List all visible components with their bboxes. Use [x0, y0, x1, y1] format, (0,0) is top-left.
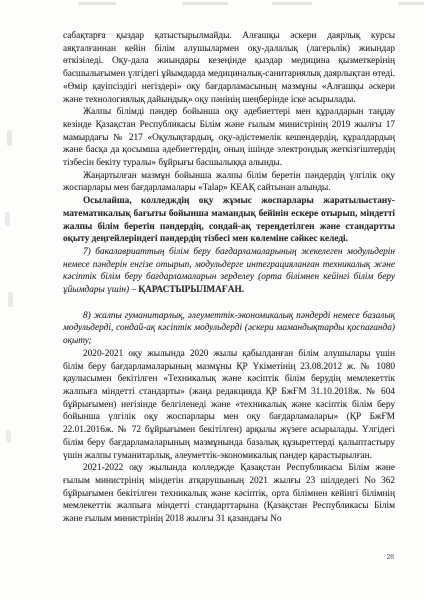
- scan-artifact: [398, 2, 424, 5]
- paragraph-2020-2021: 2020-2021 оқу жылында 2020 жылы қабылдан…: [63, 348, 395, 462]
- paragraph-2021-2022: 2021-2022 оқу жылында колледжде Қазақста…: [63, 462, 395, 526]
- document-page: сабақтарға қыздар қатыстырылмайды. Алғаш…: [0, 0, 424, 600]
- paragraph-conclusion-bold: Осылайша, колледждің оқу жұмыс жоспарлар…: [63, 195, 395, 246]
- paragraph-clause-8: 8) жалпы гуманитарлық, әлеуметтік-эконом…: [63, 310, 395, 348]
- scan-artifact: [272, 2, 312, 5]
- paragraph-textbooks-order: Жалпы білімді пәндер бойынша оқу әдебиет…: [63, 106, 395, 170]
- clause-7-emphasis: ҚАРАСТЫРЫЛМАҒАН.: [138, 285, 244, 295]
- scan-artifact: [8, 292, 13, 307]
- document-text-block: сабақтарға қыздар қатыстырылмайды. Алғаш…: [63, 30, 395, 526]
- scan-artifact: [78, 2, 116, 5]
- paragraph-talap-source: Жаңартылған мазмұн бойынша жалпы білім б…: [63, 170, 395, 195]
- scan-artifact: [5, 212, 10, 226]
- scan-artifact: [6, 430, 11, 443]
- paragraph-clause-7: 7) бакалавриаттың білім беру бағдарламал…: [63, 246, 395, 297]
- scan-artifact: [182, 2, 228, 5]
- scan-artifact: [7, 130, 12, 146]
- paragraph-continuation: сабақтарға қыздар қатыстырылмайды. Алғаш…: [63, 30, 395, 106]
- page-number: 28: [387, 552, 395, 561]
